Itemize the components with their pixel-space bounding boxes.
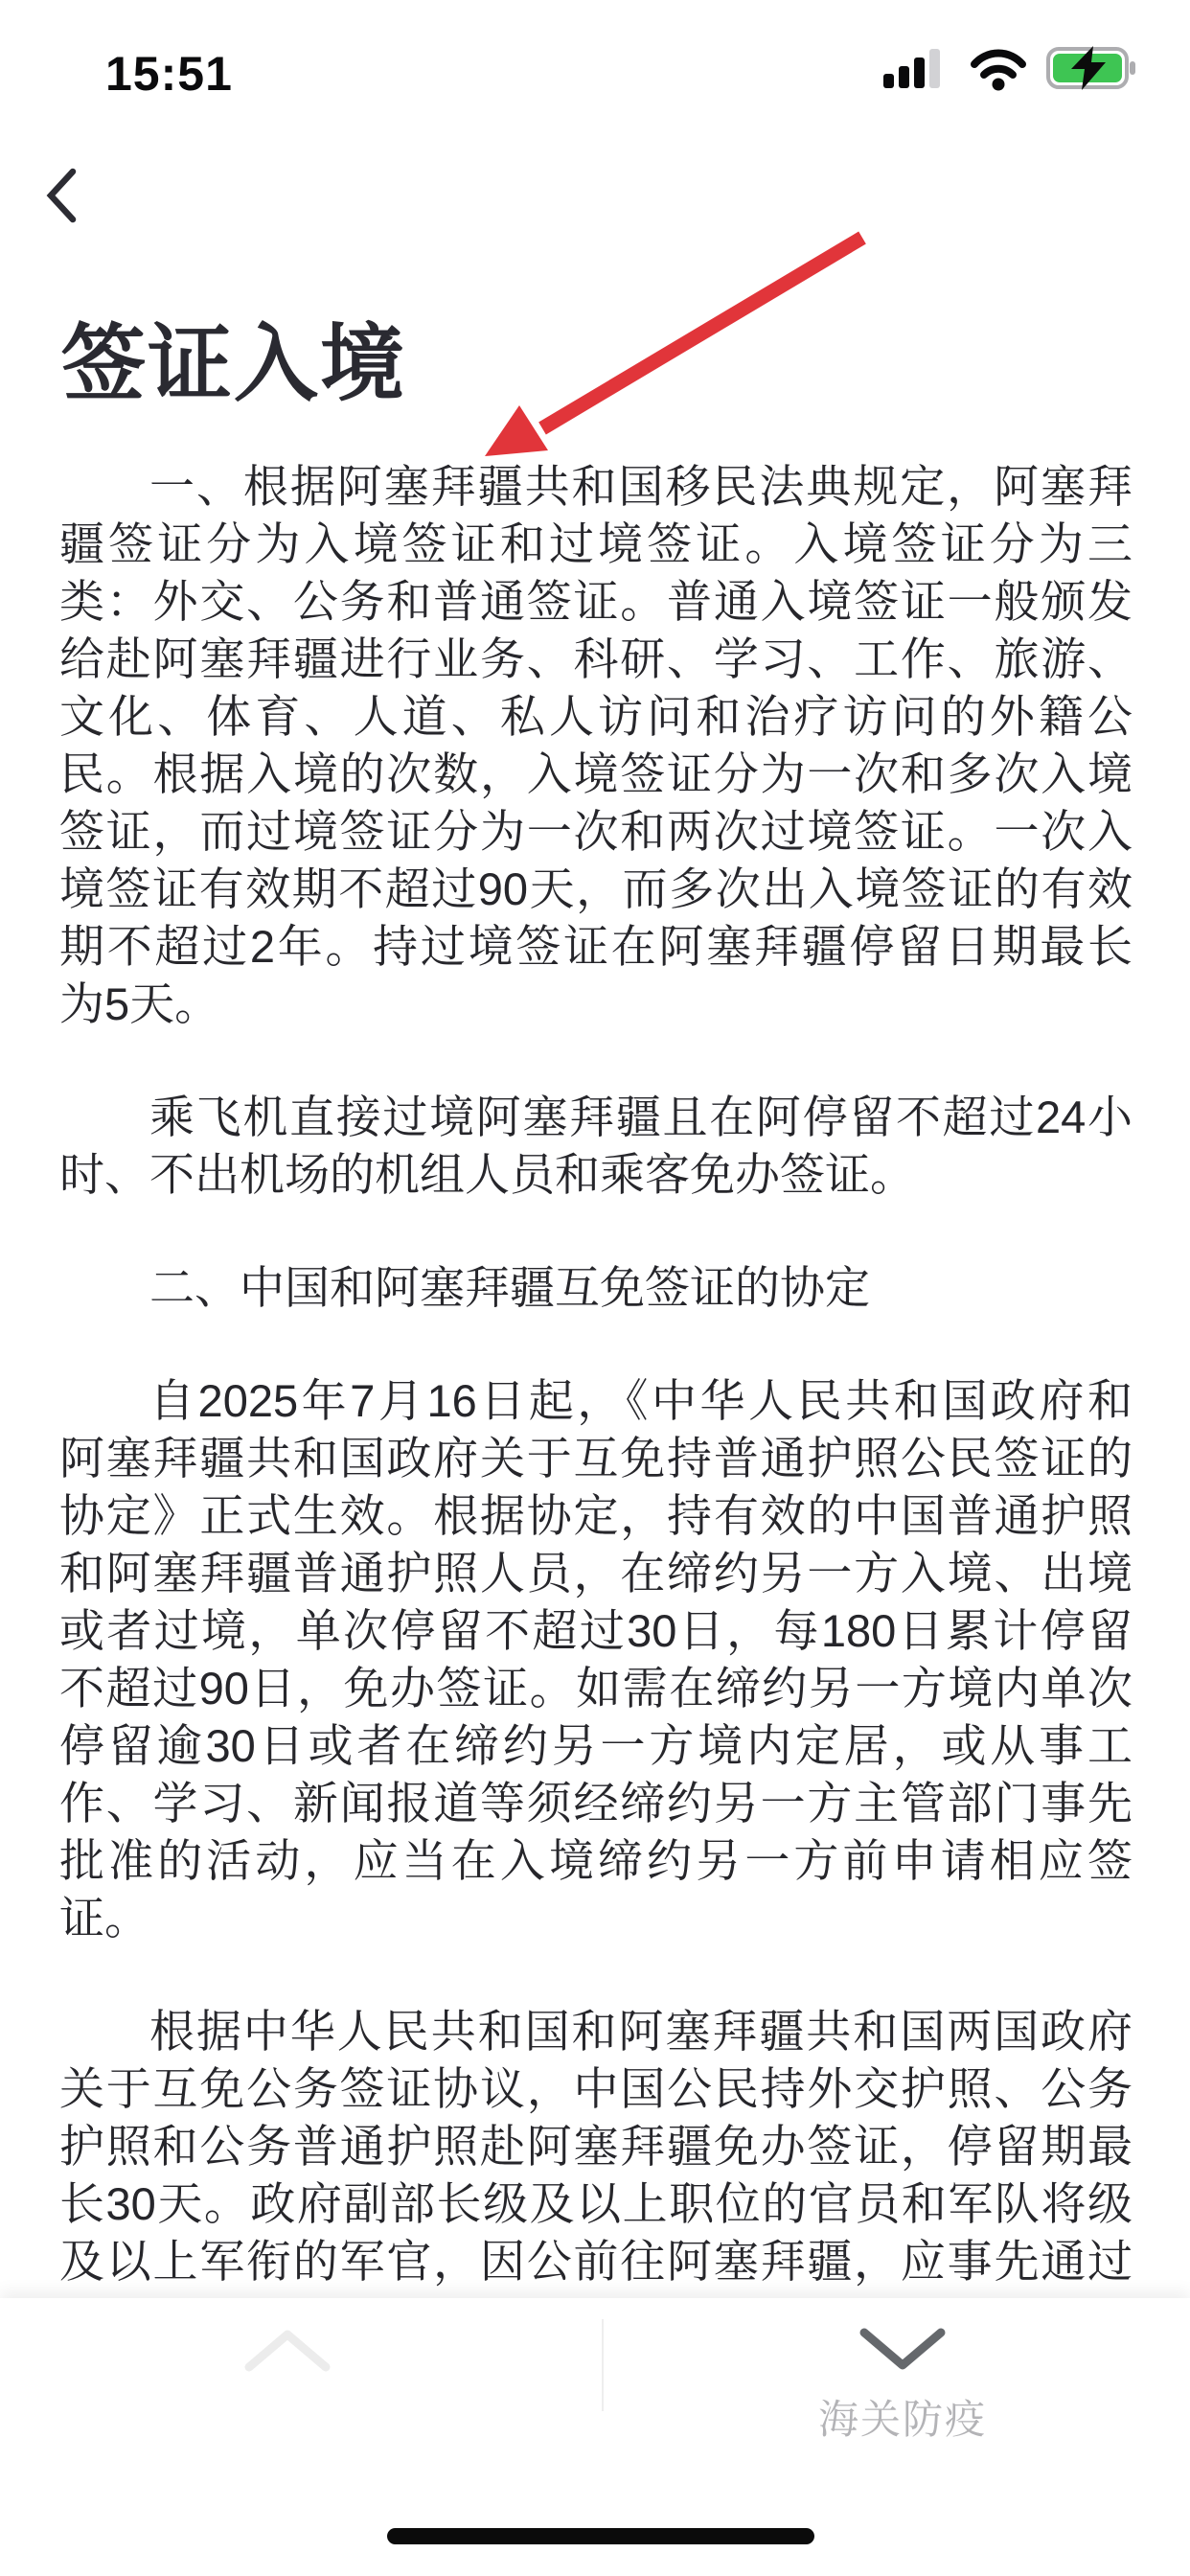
chevron-up-icon xyxy=(241,2325,333,2375)
text-line: 长30天。政府副部长级及以上职位的官员和军队将级 xyxy=(59,2175,1133,2233)
text-line: 阿塞拜疆共和国政府关于互免持普通护照公民签证的 xyxy=(59,1430,1133,1487)
text-line: 境签证有效期不超过90天，而多次出入境签证的有效 xyxy=(59,861,1133,918)
text-line: 给赴阿塞拜疆进行业务、科研、学习、工作、旅游、 xyxy=(59,631,1133,688)
paragraph: 乘飞机直接过境阿塞拜疆且在阿停留不超过24小时、不出机场的机组人员和乘客免办签证… xyxy=(59,1089,1133,1204)
paragraph: 自2025年7月16日起，《中华人民共和国政府和阿塞拜疆共和国政府关于互免持普通… xyxy=(59,1372,1133,1947)
text-line: 期不超过2年。持过境签证在阿塞拜疆停留日期最长 xyxy=(59,918,1133,976)
paragraph: 根据中华人民共和国和阿塞拜疆共和国两国政府关于互免公务签证协议，中国公民持外交护… xyxy=(59,2003,1133,2290)
text-line: 关于互免公务签证协议，中国公民持外交护照、公务 xyxy=(59,2060,1133,2118)
text-line: 类：外交、公务和普通签证。普通入境签证一般颁发 xyxy=(59,573,1133,631)
home-indicator[interactable] xyxy=(387,2528,814,2544)
status-time: 15:51 xyxy=(105,46,233,102)
arrow-shaft xyxy=(542,238,862,428)
status-icons xyxy=(883,48,1136,92)
text-line: 及以上军衔的军官，因公前往阿塞拜疆，应事先通过 xyxy=(59,2233,1133,2290)
text-line: 二、中国和阿塞拜疆互免签证的协定 xyxy=(59,1259,1133,1317)
status-bar: 15:51 xyxy=(0,0,1190,125)
text-line: 疆签证分为入境签证和过境签证。入境签证分为三 xyxy=(59,516,1133,573)
chevron-left-icon xyxy=(42,167,80,224)
text-line: 乘飞机直接过境阿塞拜疆且在阿停留不超过24小 xyxy=(59,1089,1133,1146)
toolbar-divider xyxy=(602,2319,604,2411)
screen: 15:51 xyxy=(0,0,1190,2576)
text-line: 民。根据入境的次数，入境签证分为一次和多次入境 xyxy=(59,746,1133,803)
text-line: 文化、体育、人道、私人访问和治疗访问的外籍公 xyxy=(59,688,1133,746)
text-line: 时、不出机场的机组人员和乘客免办签证。 xyxy=(59,1146,1133,1204)
battery-charging-icon xyxy=(1046,46,1136,95)
text-line: 一、根据阿塞拜疆共和国移民法典规定，阿塞拜 xyxy=(59,458,1133,516)
back-button[interactable] xyxy=(42,167,80,224)
chevron-down-icon xyxy=(857,2325,949,2375)
wifi-icon xyxy=(968,45,1029,96)
text-line: 证。 xyxy=(59,1890,1133,1947)
page-title: 签证入境 xyxy=(61,313,406,415)
text-line: 批准的活动，应当在入境缔约另一方前申请相应签 xyxy=(59,1832,1133,1890)
text-line: 和阿塞拜疆普通护照人员，在缔约另一方入境、出境 xyxy=(59,1545,1133,1602)
cellular-signal-icon xyxy=(883,46,950,95)
text-line: 护照和公务普通护照赴阿塞拜疆免办签证，停留期最 xyxy=(59,2118,1133,2175)
next-section-label: 海关防疫 xyxy=(634,2388,1171,2446)
text-line: 为5天。 xyxy=(59,976,1133,1033)
text-line: 协定》正式生效。根据协定，持有效的中国普通护照 xyxy=(59,1487,1133,1545)
text-line: 停留逾30日或者在缔约另一方境内定居，或从事工 xyxy=(59,1717,1133,1775)
text-line: 作、学习、新闻报道等须经缔约另一方主管部门事先 xyxy=(59,1775,1133,1832)
text-line: 或者过境，单次停留不超过30日，每180日累计停留 xyxy=(59,1602,1133,1660)
article: 一、根据阿塞拜疆共和国移民法典规定，阿塞拜疆签证分为入境签证和过境签证。入境签证… xyxy=(59,458,1133,2298)
paragraph: 一、根据阿塞拜疆共和国移民法典规定，阿塞拜疆签证分为入境签证和过境签证。入境签证… xyxy=(59,458,1133,1033)
next-section-button[interactable]: 海关防疫 xyxy=(634,2298,1171,2471)
previous-section-button[interactable] xyxy=(19,2298,556,2471)
paragraph: 二、中国和阿塞拜疆互免签证的协定 xyxy=(59,1259,1133,1317)
text-line: 根据中华人民共和国和阿塞拜疆共和国两国政府 xyxy=(59,2003,1133,2060)
arrow-head xyxy=(485,405,548,456)
text-line: 不超过90日，免办签证。如需在缔约另一方境内单次 xyxy=(59,1660,1133,1717)
text-line: 自2025年7月16日起，《中华人民共和国政府和 xyxy=(59,1372,1133,1430)
text-line: 签证，而过境签证分为一次和两次过境签证。一次入 xyxy=(59,803,1133,861)
